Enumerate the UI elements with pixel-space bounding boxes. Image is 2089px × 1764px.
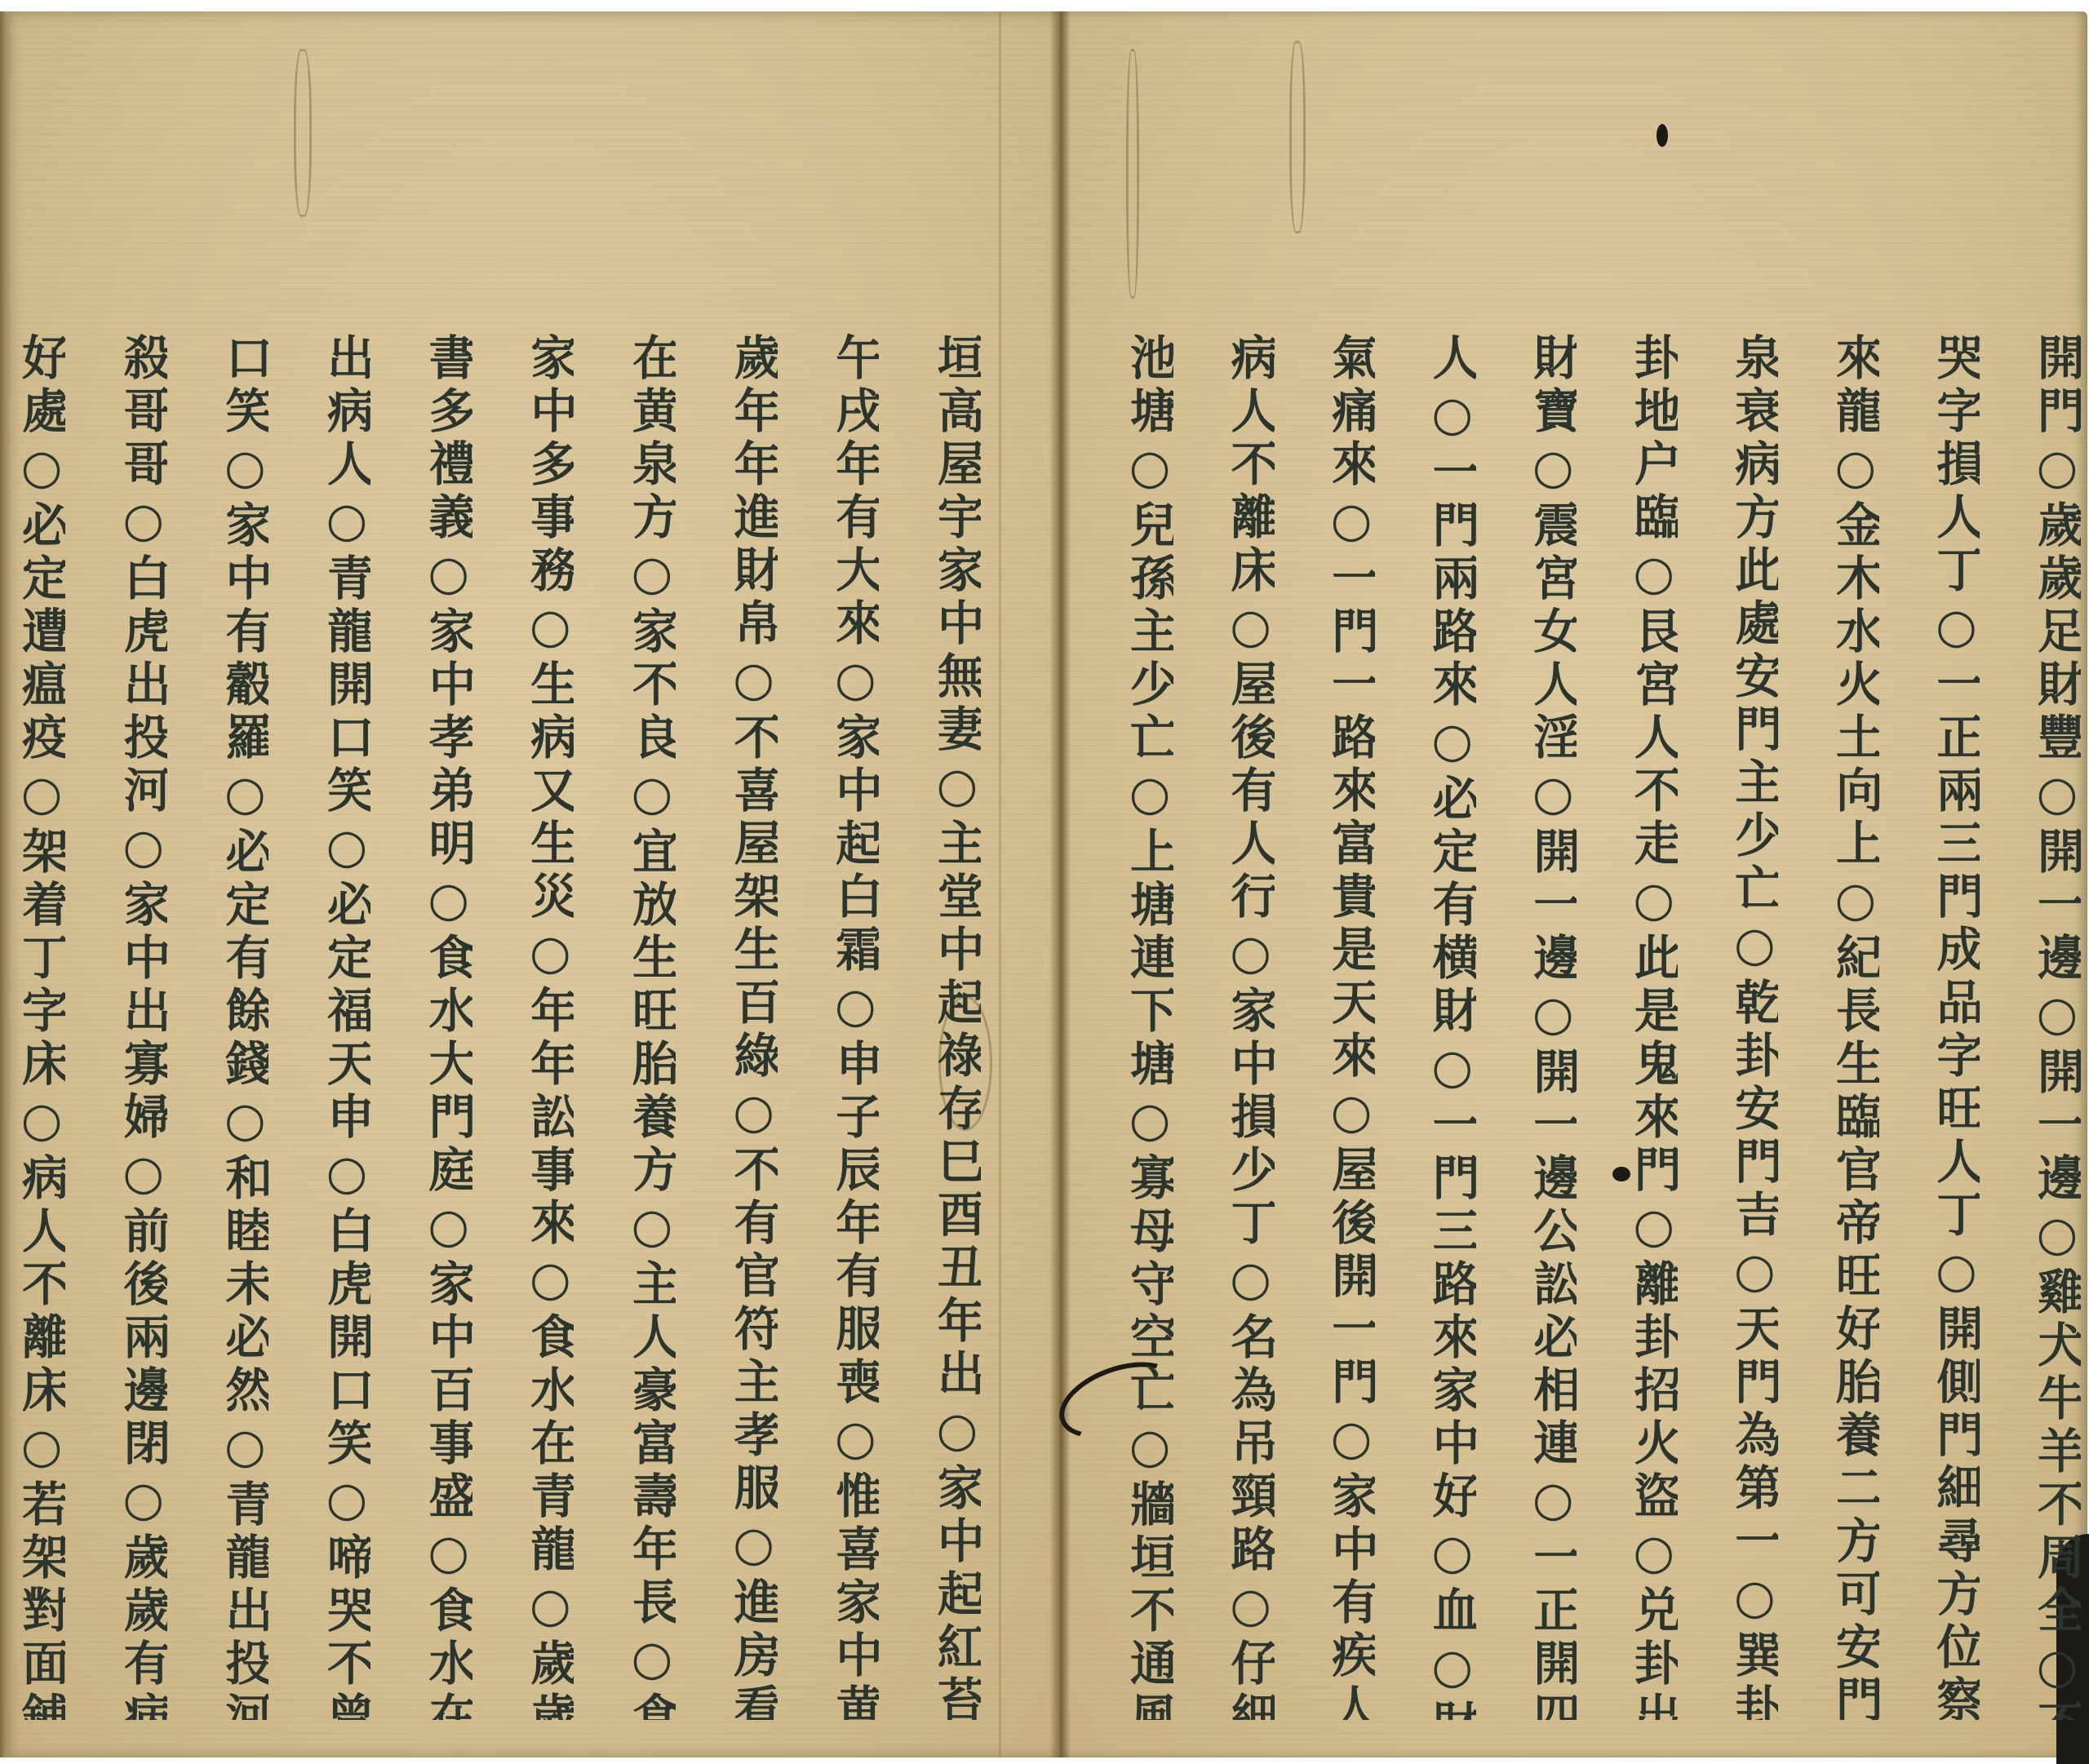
text-column: 家中多事務○生病又生災○年年訟事來○食水在青龍○歲歲更昌隆○詩 <box>526 333 574 1720</box>
text-column: 書多禮義○家中孝弟明○食水大門庭○家中百事盛○食水在後門○家中 <box>425 333 472 1720</box>
text-column: 垣高屋宇家中無妻○主堂中起祿存巳酉丑年出○家中起紅苔○寅戌 <box>934 333 981 1720</box>
text-column: 殺哥哥○白虎出投河○家中出寡婦○前後兩邊閉○歲歲有病魔○家中無 <box>120 333 167 1720</box>
text-column: 口笑○家中有觳羅○必定有餘錢○和睦未必然○青龍出投河○老弟拖鎗 <box>221 333 268 1720</box>
text-column: 好處○必定遭瘟疫○架着丁字床○病人不離床○若架對面鋪○家内樂無 <box>18 333 65 1720</box>
text-column: 開門○歲歲足財豐○開一邊○開一邊○雞犬牛羊不周全○不宜開二門○即如 <box>2034 333 2081 1720</box>
text-column: 出病人○青龍開口笑○必定福天申○白虎開口笑○啼哭不曾停○龍虎開 <box>323 333 370 1720</box>
binding-gutter <box>1049 11 1071 1757</box>
water-stain <box>1126 49 1139 299</box>
water-stain <box>294 49 312 217</box>
text-column: 卦地户臨○艮宮人不走○此是鬼來門○離卦招火盜○兑卦出衣衾○坎卦招 <box>1630 333 1678 1720</box>
worm-hole <box>1657 124 1668 147</box>
text-column: 哭字損人丁○一正兩三門成品字旺人丁○開側門細尋方位察其情○審 <box>1932 333 1980 1720</box>
text-column: 人○一門兩路來○必定有横財○一門三路來家中好○血○財一門四路來○癆病 <box>1429 333 1476 1720</box>
text-column: 來龍○金木水火土向上○紀長生臨官帝旺好胎養二方可安門○不用黄 <box>1832 333 1879 1720</box>
text-column: 氣痛來○一門一路來富貴是天來○屋後開一門○家中有疾人○屋後有水塘○ <box>1328 333 1375 1720</box>
text-column: 泉衰病方此處安門主少亡○乾卦安門吉○天門為第一○巽卦是人門○坤 <box>1731 333 1778 1720</box>
fold-line <box>999 11 1001 1757</box>
text-column: 病人不離床○屋後有人行○家中損少丁○名為吊頸路○仔細保人丁○兩邊有 <box>1227 333 1275 1720</box>
water-stain <box>1289 41 1306 233</box>
left-page-text: 垣高屋宇家中無妻○主堂中起祿存巳酉丑年出○家中起紅苔○寅戌 午戌年有大來○家中起… <box>18 333 981 1720</box>
text-column: 財寶○震宮女人淫○開一邊○開一邊公訟必相連○一正開四門○家中有賊 <box>1529 333 1577 1720</box>
text-column: 池塘○兒孫主少亡○上塘連下塘○寡母守空亡○牆垣不通風○家中無老翁○牆 <box>1126 333 1173 1720</box>
spine-edge <box>0 11 11 1757</box>
text-column: 午戌年有大來○家中起白霜○申子辰年有服喪○惟喜家中黄黑色○歲 <box>832 333 879 1720</box>
book-spread: 開門○歲歲足財豐○開一邊○開一邊○雞犬牛羊不周全○不宜開二門○即如 哭字損人丁○… <box>0 0 2089 1764</box>
text-column: 歲年年進財帛○不喜屋架生百綠○不有官符主孝服○進房看水缸○放 <box>730 333 778 1720</box>
text-column: 在黄泉方○家不良○宜放生旺胎養方○主人豪富壽年長○食水在白虎○ <box>628 333 676 1720</box>
right-page-text: 開門○歲歲足財豐○開一邊○開一邊○雞犬牛羊不周全○不宜開二門○即如 哭字損人丁○… <box>1126 333 2081 1720</box>
